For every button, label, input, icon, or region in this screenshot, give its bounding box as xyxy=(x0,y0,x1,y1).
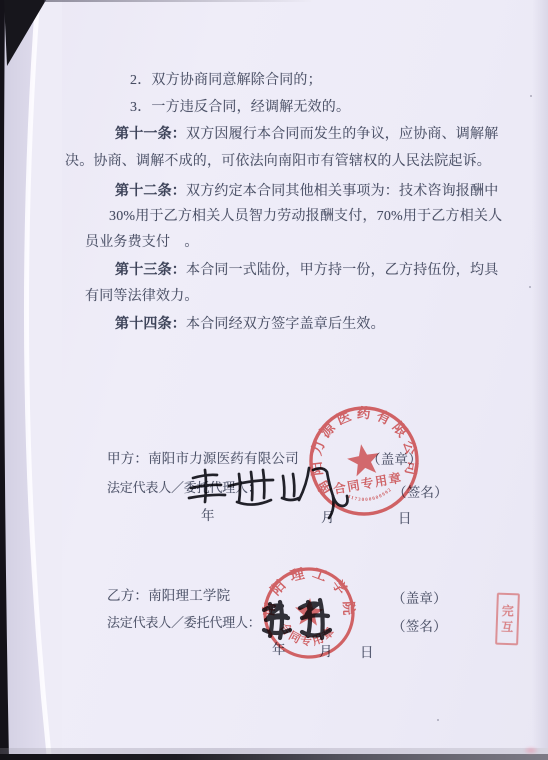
clause-12-line-1: 第十二条：双方约定本合同其他相关事项为：技术咨询报酬中 xyxy=(115,185,498,199)
party-b-handwritten-signature: 魏颖 xyxy=(258,596,338,644)
party-b-name: 乙方：南阳理工学院 xyxy=(107,589,230,603)
party-b-sign-label: （签名） xyxy=(392,620,447,634)
scanned-contract-page: 2．双方协商同意解除合同的； 3．一方违反合同，经调解无效的。 第十一条：双方因… xyxy=(0,0,548,760)
party-b-seal-label: （盖章） xyxy=(392,592,447,606)
clause-13-line-2: 有同等法律效力。 xyxy=(85,290,199,304)
party-a-handwritten-signature: 王世凯 xyxy=(183,462,363,524)
clause-item-2: 2．双方协商同意解除合同的； xyxy=(130,74,322,88)
dust-speck xyxy=(529,286,531,288)
right-edge-shade xyxy=(532,0,548,760)
clause-item-3: 3．一方违反合同，经调解无效的。 xyxy=(130,101,350,115)
clause-13-text-1: 本合同一式陆份，甲方持一份，乙方持伍份，均具 xyxy=(186,263,498,278)
top-scan-line xyxy=(44,0,314,2)
party-b-rep-label: 法定代表人／委托代理人： xyxy=(107,616,261,629)
clause-12-text-1: 双方约定本合同其他相关事项为：技术咨询报酬中 xyxy=(186,184,498,199)
clause-13-line-1: 第十三条：本合同一式陆份，甲方持一份，乙方持伍份，均具 xyxy=(115,264,498,278)
signature-a-strokes xyxy=(189,468,348,518)
signature-b-strokes xyxy=(264,600,330,638)
edge-stamp: 完 互 xyxy=(495,593,520,646)
bottom-scanner-strip xyxy=(0,754,548,760)
scan-left-edge xyxy=(0,0,62,760)
clause-14-line-1: 第十四条：本合同经双方签字盖章后生效。 xyxy=(115,318,385,332)
clause-13-title: 第十三条： xyxy=(115,263,186,278)
clause-14-text-1: 本合同经双方签字盖章后生效。 xyxy=(186,317,385,332)
edge-stamp-char-bottom: 互 xyxy=(501,619,514,634)
clause-11-line-1: 第十一条：双方因履行本合同而发生的争议，应协商、调解解 xyxy=(115,128,498,142)
clause-14-title: 第十四条： xyxy=(115,317,186,332)
clause-11-line-2: 决。协商、调解不成的，可依法向南阳市有管辖权的人民法院起诉。 xyxy=(65,155,491,169)
clause-11-title: 第十一条： xyxy=(115,127,186,142)
pink-smudge xyxy=(523,746,539,755)
clause-12-title: 第十二条： xyxy=(115,184,186,199)
edge-stamp-char-top: 完 xyxy=(502,604,515,619)
dust-speck xyxy=(437,719,439,721)
party-b-date-day: 日 xyxy=(360,646,374,660)
clause-12-line-3: 员业务费支付 。 xyxy=(85,236,199,250)
clause-11-text-1: 双方因履行本合同而发生的争议，应协商、调解解 xyxy=(186,127,498,142)
dust-speck xyxy=(530,95,532,97)
clause-12-line-2: 30%用于乙方相关人员智力劳动报酬支付，70%用于乙方相关人 xyxy=(109,210,502,224)
